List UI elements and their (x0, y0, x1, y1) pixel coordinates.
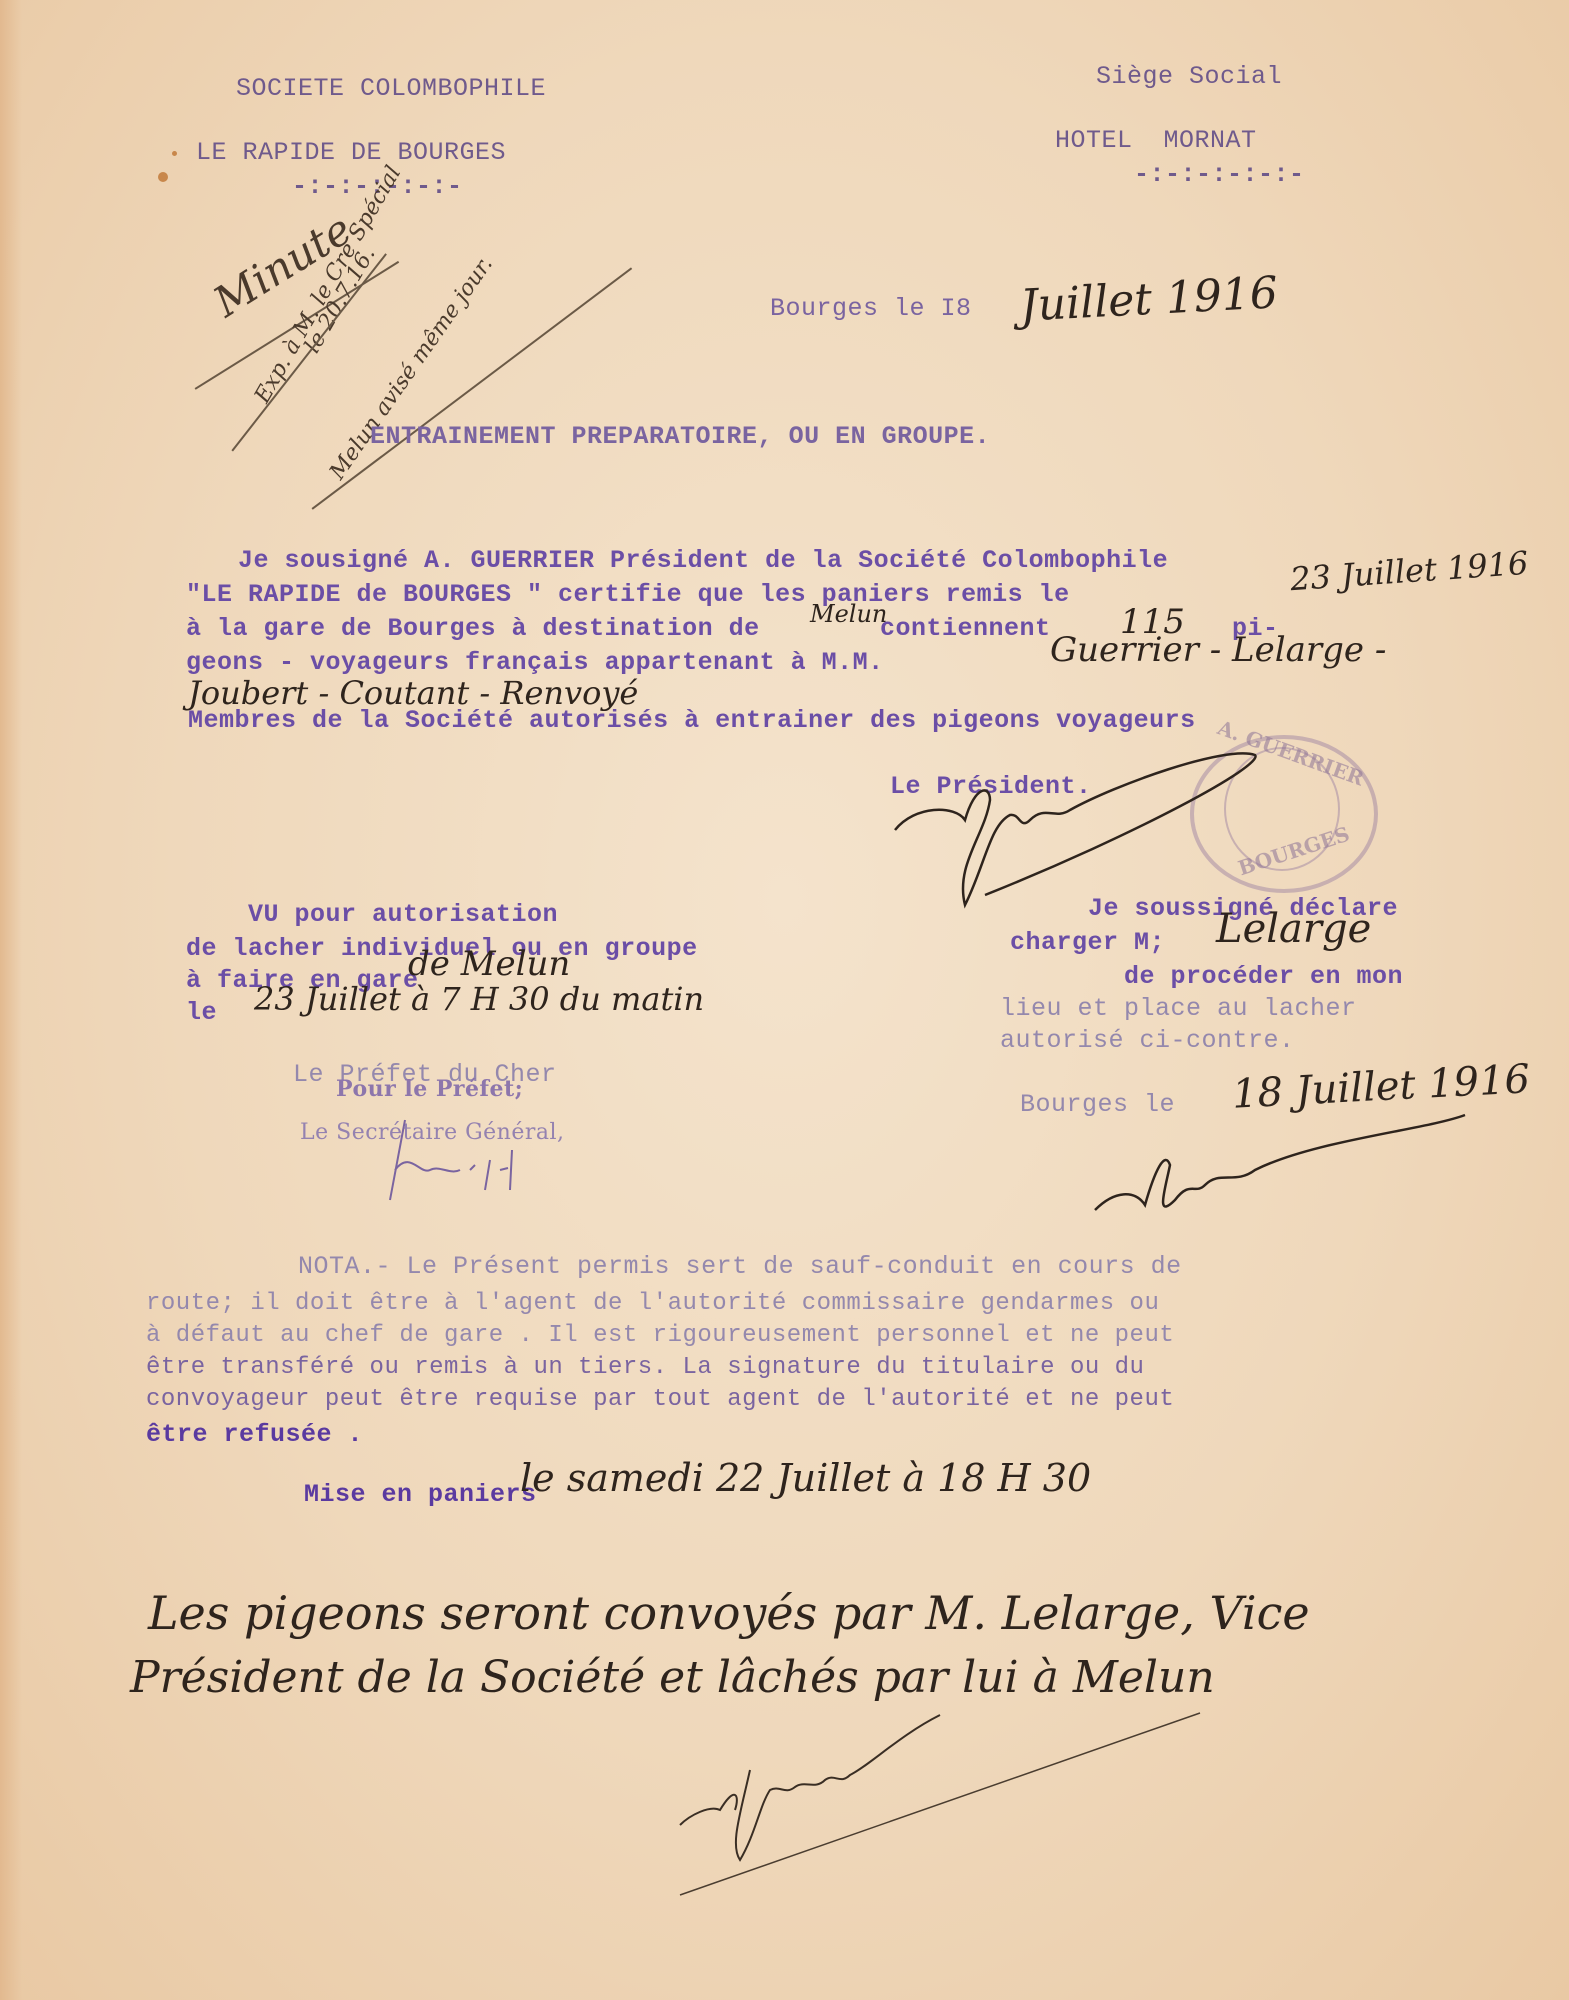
rust-spot (158, 172, 168, 182)
cert-line-3-typed-a: à la gare de Bourges à destination de (186, 614, 760, 643)
footer-signature (680, 1695, 1200, 1895)
delegation-line-4: lieu et place au lacher (1000, 994, 1357, 1023)
delegation-line-5: autorisé ci-contre. (1000, 1026, 1295, 1055)
letterhead-society: SOCIETE COLOMBOPHILE (236, 74, 546, 103)
prefect-signature (360, 1080, 560, 1230)
nota-line-5: convoyageur peut être requise par tout a… (146, 1386, 1174, 1413)
prefect-line-1: VU pour autorisation (248, 900, 558, 929)
delegation-date-hand: 18 Juillet 1916 (1231, 1056, 1531, 1118)
cert-line-3-hand-a: Melun (810, 600, 887, 628)
letterhead-club-name: LE RAPIDE DE BOURGES (196, 138, 506, 167)
paper-edge (0, 0, 22, 2000)
letterhead-seat-label: Siège Social (1096, 62, 1282, 91)
delegation-line-2-typed: charger M; (1010, 928, 1165, 957)
prefect-line-3-hand: de Melun (408, 944, 570, 984)
letterhead-ornament-right: -:-:-:-:-:- (1134, 160, 1305, 189)
nota-line-6: être refusée . (146, 1420, 363, 1449)
cert-line-2-typed: "LE RAPIDE de BOURGES " certifie que les… (186, 580, 1070, 609)
nota-line-3: à défaut au chef de gare . Il est rigour… (146, 1322, 1174, 1349)
prefect-line-4-hand: 23 Juillet à 7 H 30 du matin (254, 980, 704, 1018)
cert-line-6: Membres de la Société autorisés à entrai… (188, 706, 1196, 735)
footer-line-1: Les pigeons seront convoyés par M. Lelar… (148, 1586, 1310, 1640)
cert-line-2-hand: 23 Juillet 1916 (1289, 544, 1530, 599)
rust-spot (172, 151, 177, 156)
delegation-line-2-hand: Lelarge (1216, 906, 1371, 952)
date-typed: Bourges le I8 (770, 294, 972, 323)
cert-line-4-typed: geons - voyageurs français appartenant à… (186, 648, 884, 677)
nota-line-1: NOTA.- Le Présent permis sert de sauf-co… (298, 1252, 1182, 1281)
date-handwritten: Juillet 1916 (1019, 267, 1279, 331)
nota-line-2: route; il doit être à l'agent de l'autor… (146, 1290, 1159, 1317)
letterhead-hotel: HOTEL MORNAT (1055, 126, 1257, 155)
president-signature-flourish (895, 745, 1295, 915)
nota-line-4: être transféré ou remis à un tiers. La s… (146, 1354, 1144, 1381)
basketing-typed: Mise en paniers (304, 1480, 537, 1509)
delegation-line-3: de procéder en mon (1124, 962, 1403, 991)
prefect-line-4-typed: le (186, 998, 217, 1027)
cert-line-1: Je sousigné A. GUERRIER Président de la … (238, 546, 1168, 575)
cert-line-4-hand: Guerrier - Lelarge - (1050, 630, 1386, 670)
basketing-hand: le samedi 22 Juillet à 18 H 30 (520, 1456, 1091, 1500)
delegation-signature (1095, 1110, 1475, 1230)
cert-line-3-typed-b: contiennent (880, 614, 1051, 643)
subject-heading: ENTRAINEMENT PREPARATOIRE, OU EN GROUPE. (370, 422, 990, 451)
